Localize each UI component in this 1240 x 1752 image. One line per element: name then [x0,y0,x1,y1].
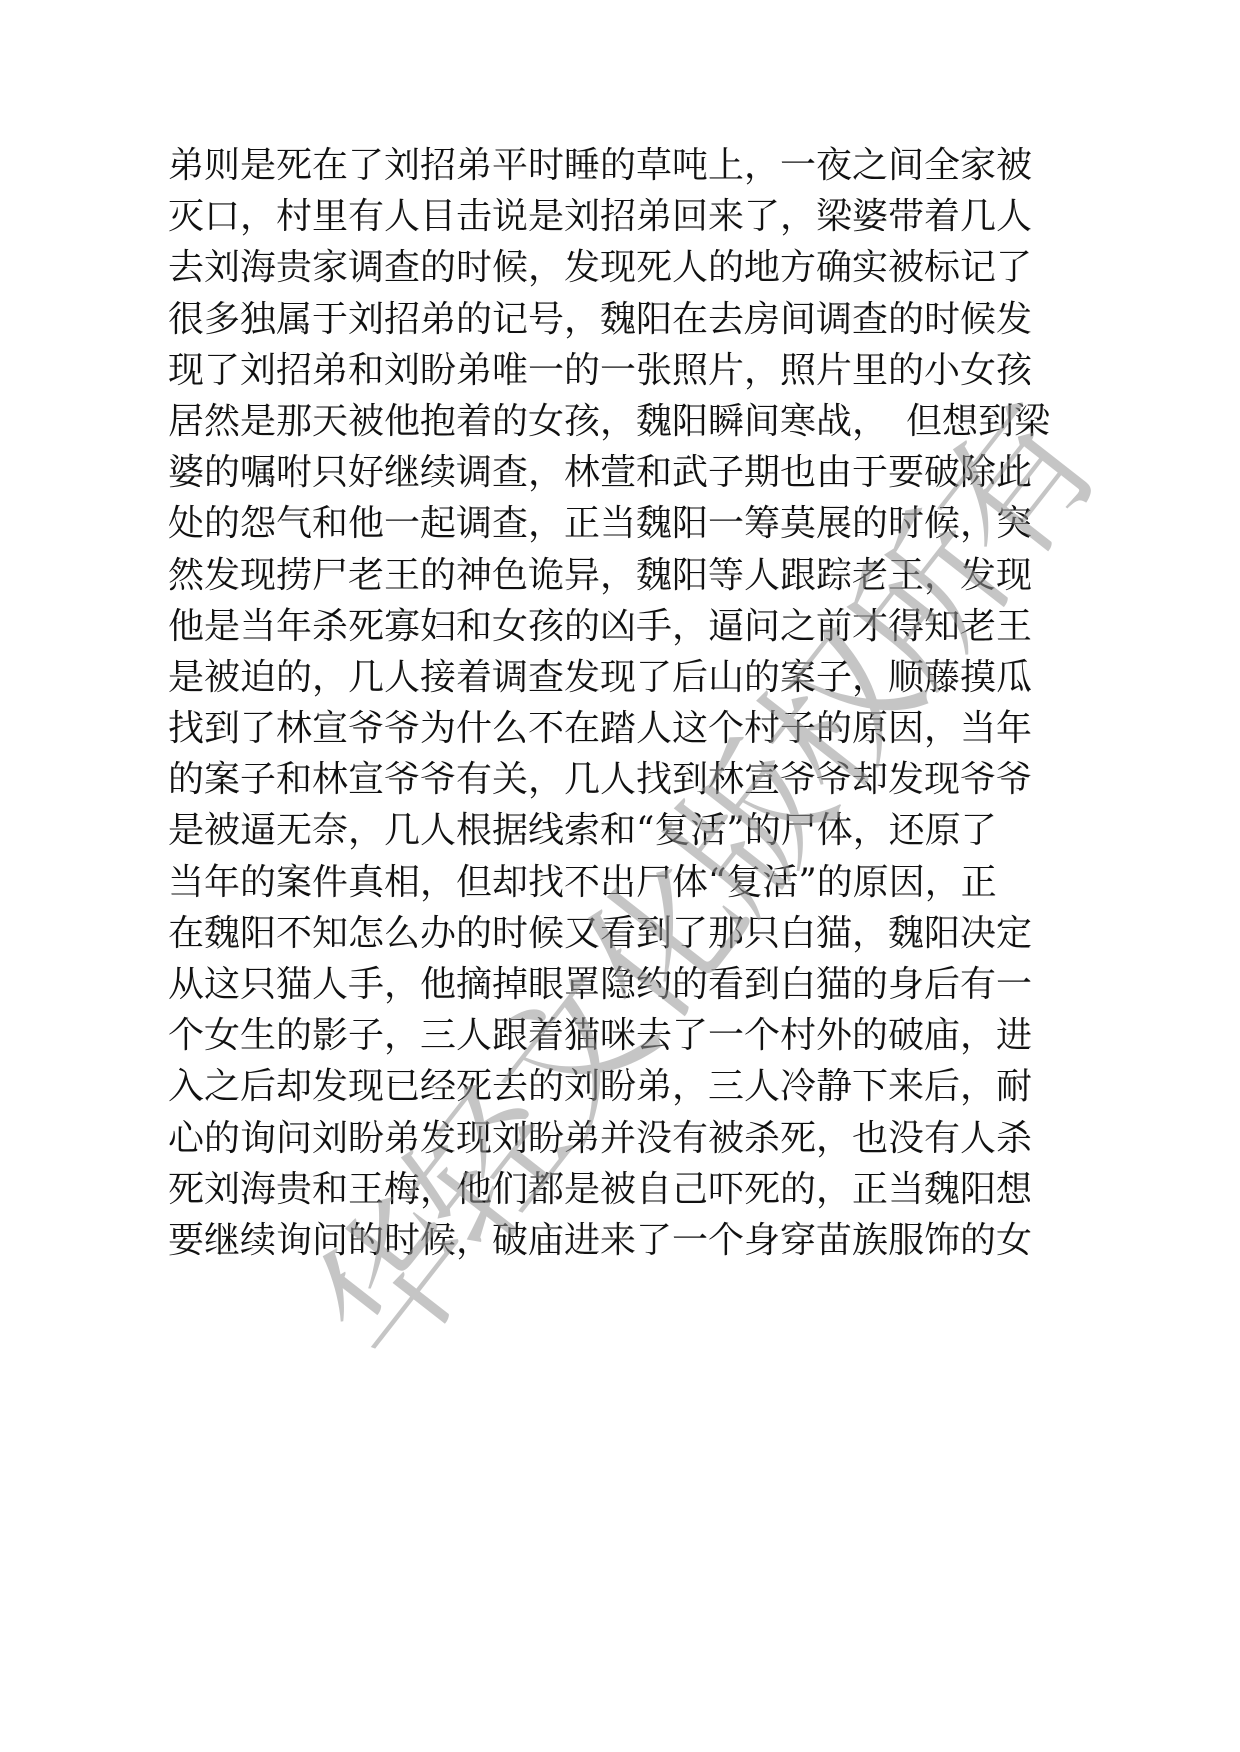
document-page: 弟则是死在了刘招弟平时睡的草吨上，一夜之间全家被 灭口，村里有人目击说是刘招弟回… [0,0,1240,1752]
text-line: 很多独属于刘招弟的记号，魏阳在去房间调查的时候发 [168,294,948,345]
text-line: 灭口，村里有人目击说是刘招弟回来了，梁婆带着几人 [168,191,948,242]
text-line: 婆的嘱咐只好继续调查，林萱和武子期也由于要破除此 [168,447,948,498]
text-line: 找到了林宣爷爷为什么不在踏人这个村子的原因，当年 [168,703,948,754]
text-line: 从这只猫人手，他摘掉眼罩隐约的看到白猫的身后有一 [168,959,948,1010]
text-line: 个女生的影子，三人跟着猫咪去了一个村外的破庙，进 [168,1010,948,1061]
text-line: 在魏阳不知怎么办的时候又看到了那只白猫，魏阳决定 [168,908,948,959]
body-text: 弟则是死在了刘招弟平时睡的草吨上，一夜之间全家被 灭口，村里有人目击说是刘招弟回… [168,140,948,1266]
text-line: 要继续询问的时候，破庙进来了一个身穿苗族服饰的女 [168,1215,948,1266]
text-line: 他是当年杀死寡妇和女孩的凶手，逼问之前才得知老王 [168,601,948,652]
text-line: 的案子和林宣爷爷有关，几人找到林宣爷爷却发现爷爷 [168,754,948,805]
text-line: 是被逼无奈，几人根据线索和“复活”的尸体，还原了 [168,805,948,856]
text-line: 是被迫的，几人接着调查发现了后山的案子，顺藤摸瓜 [168,652,948,703]
text-line: 现了刘招弟和刘盼弟唯一的一张照片，照片里的小女孩 [168,345,948,396]
text-line: 当年的案件真相，但却找不出尸体“复活”的原因，正 [168,857,948,908]
text-line: 然发现捞尸老王的神色诡异，魏阳等人跟踪老王，发现 [168,550,948,601]
text-line: 处的怨气和他一起调查，正当魏阳一筹莫展的时候，突 [168,498,948,549]
text-line: 入之后却发现已经死去的刘盼弟，三人冷静下来后，耐 [168,1061,948,1112]
text-line: 居然是那天被他抱着的女孩，魏阳瞬间寒战， 但想到梁 [168,396,948,447]
text-line: 去刘海贵家调查的时候，发现死人的地方确实被标记了 [168,242,948,293]
text-line: 死刘海贵和王梅，他们都是被自己吓死的，正当魏阳想 [168,1164,948,1215]
text-line: 心的询问刘盼弟发现刘盼弟并没有被杀死，也没有人杀 [168,1113,948,1164]
text-line: 弟则是死在了刘招弟平时睡的草吨上，一夜之间全家被 [168,140,948,191]
